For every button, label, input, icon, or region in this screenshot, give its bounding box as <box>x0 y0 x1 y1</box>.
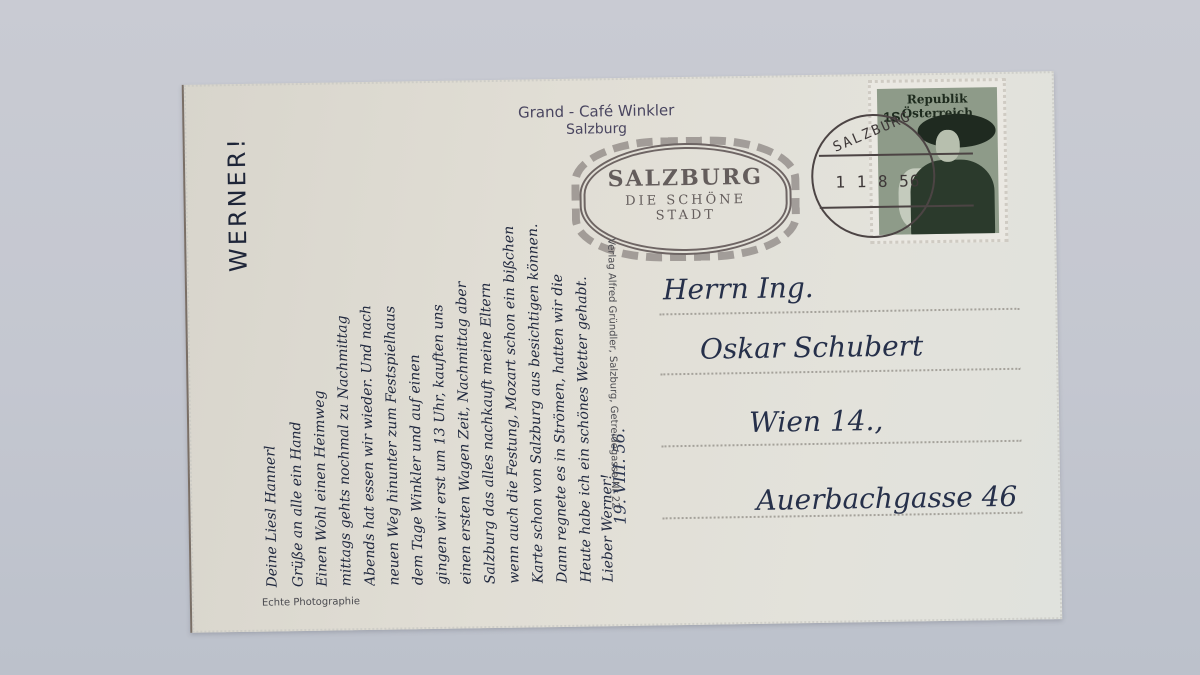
message-line: Einen Wohl einen Heimweg <box>308 107 330 587</box>
handwritten-message: WERNER! Deine Liesl Hannerl Grüße an all… <box>212 102 619 588</box>
message-line: einen ersten Wagen Zeit, Nachmittag aber <box>452 104 474 584</box>
message-line: neuen Weg hinunter zum Festspielhaus <box>380 106 402 586</box>
slogan-line1: SALZBURG <box>585 163 785 192</box>
stamp-face-icon <box>936 130 960 162</box>
postcard: WERNER! Deine Liesl Hannerl Grüße an all… <box>182 71 1063 633</box>
address-line3: Wien 14., <box>749 404 884 439</box>
address-line4: Auerbachgasse 46 <box>756 480 1017 517</box>
message-line: Abends hat essen wir wieder. Und nach <box>356 106 378 586</box>
greeting-werner: WERNER! <box>223 136 253 272</box>
photo-mark: Echte Photographie <box>262 596 360 609</box>
slogan-line2: DIE SCHÖNE <box>586 191 786 209</box>
message-line: Dann regnete es in Strömen, hatten wir d… <box>548 103 570 583</box>
message-line: wenn auch die Festung, Mozart schon ein … <box>500 104 522 584</box>
postmark-date: 1 1 8 56 <box>835 171 920 191</box>
postmark-city: SALZBURG <box>831 108 914 155</box>
message-line: Grüße an alle ein Hand <box>284 107 306 587</box>
address-rule <box>659 308 1019 316</box>
message-line: mittags gehts nochmal zu Nachmittag <box>332 106 354 586</box>
message-line: Deine Liesl Hannerl <box>258 107 280 587</box>
address-line2: Oskar Schubert <box>700 329 924 366</box>
hotel-stamp: Grand - Café Winkler Salzburg <box>496 101 697 140</box>
address-rule <box>661 440 1021 448</box>
address-line1: Herrn Ing. <box>663 271 814 306</box>
message-line: gingen wir erst um 13 Uhr, kauften uns <box>428 105 450 585</box>
address-rule <box>660 368 1020 376</box>
hotel-name: Grand - Café Winkler <box>518 101 675 121</box>
message-line: Karte schon von Salzburg aus besichtigen… <box>524 103 546 583</box>
slogan-line3: STADT <box>586 206 786 224</box>
message-line: dem Tage Winkler und auf einen <box>404 105 426 585</box>
message-line: Salzburg das alles nachkauft meine Elter… <box>476 104 498 584</box>
